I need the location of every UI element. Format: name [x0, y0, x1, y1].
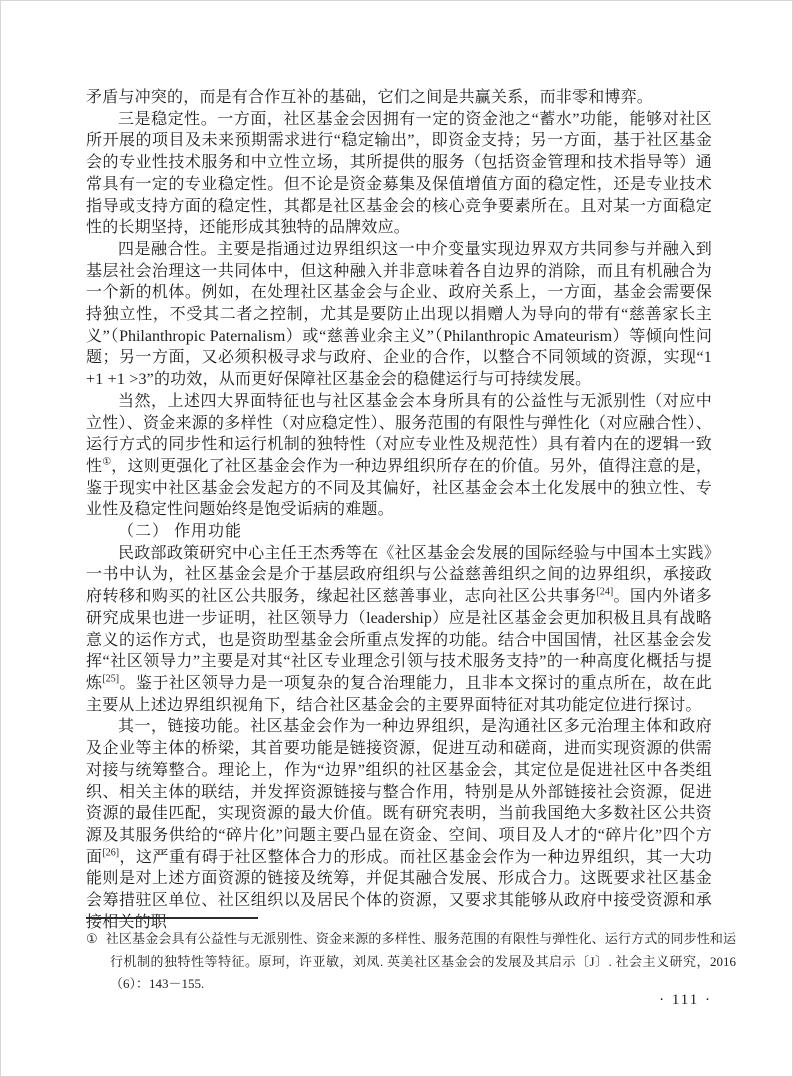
latin-text-run: leadership: [366, 610, 432, 627]
paragraph: 当然，上述四大界面特征也与社区基金会本身所具有的公益性与无派别性（对应中立性）、…: [86, 391, 712, 521]
footnote: ①社区基金会具有公益性与无派别性、资金来源的多样性、服务范围的有限性与弹性化、运…: [86, 928, 736, 996]
text-run: 。鉴于社区领导力是一项复杂的复合治理能力，且非本文探讨的重点所在，故在此主要从上…: [86, 675, 712, 714]
latin-text-run: Philanthropic Amateurism: [443, 328, 612, 345]
text-run: 矛盾与冲突的，而是有合作互补的基础，它们之间是共赢关系，而非零和博弈。: [86, 89, 653, 106]
footnote-marker: ①: [86, 931, 98, 946]
footnote-text: 社区基金会具有公益性与无派别性、资金来源的多样性、服务范围的有限性与弹性化、运行…: [106, 931, 736, 991]
text-run: ）或“慈善业余主义”（: [285, 328, 443, 345]
footnote-separator: [86, 917, 258, 919]
text-run: （二） 作用功能: [118, 523, 242, 540]
footnote-area: ①社区基金会具有公益性与无派别性、资金来源的多样性、服务范围的有限性与弹性化、运…: [86, 917, 736, 996]
paragraph: 三是稳定性。一方面，社区基金会因拥有一定的资金池之“蓄水”功能，能够对社区所开展…: [86, 109, 712, 239]
footnote-reference-superscript: [25]: [102, 674, 119, 685]
text-run: ，这则更强化了社区基金会作为一种边界组织所存在的价值。另外，值得注意的是，鉴于现…: [86, 458, 712, 518]
footnote-reference-superscript: [24]: [597, 587, 614, 598]
text-run: 三是稳定性。一方面，社区基金会因拥有一定的资金池之“蓄水”功能，能够对社区所开展…: [86, 111, 712, 237]
text-run: 其一，链接功能。社区基金会作为一种边界组织，是沟通社区多元治理主体和政府及企业等…: [86, 718, 712, 865]
document-page: 矛盾与冲突的，而是有合作互补的基础，它们之间是共赢关系，而非零和博弈。三是稳定性…: [0, 0, 793, 1077]
paragraph: 民政部政策研究中心主任王杰秀等在《社区基金会发展的国际经验与中国本土实践》一书中…: [86, 543, 712, 717]
paragraph: 矛盾与冲突的，而是有合作互补的基础，它们之间是共赢关系，而非零和博弈。: [86, 87, 712, 109]
footnote-reference-superscript: [26]: [102, 847, 119, 858]
section-heading: （二） 作用功能: [86, 521, 712, 543]
article-body: 矛盾与冲突的，而是有合作互补的基础，它们之间是共赢关系，而非零和博弈。三是稳定性…: [86, 87, 712, 933]
paragraph: 四是融合性。主要是指通过边界组织这一中介变量实现边界双方共同参与并融入到基层社会…: [86, 239, 712, 391]
page-number: · 111 ·: [86, 992, 726, 1009]
paragraph: 其一，链接功能。社区基金会作为一种边界组织，是沟通社区多元治理主体和政府及企业等…: [86, 716, 712, 933]
latin-text-run: Philanthropic Paternalism: [119, 328, 285, 345]
footnote-reference-superscript: ①: [102, 457, 111, 468]
